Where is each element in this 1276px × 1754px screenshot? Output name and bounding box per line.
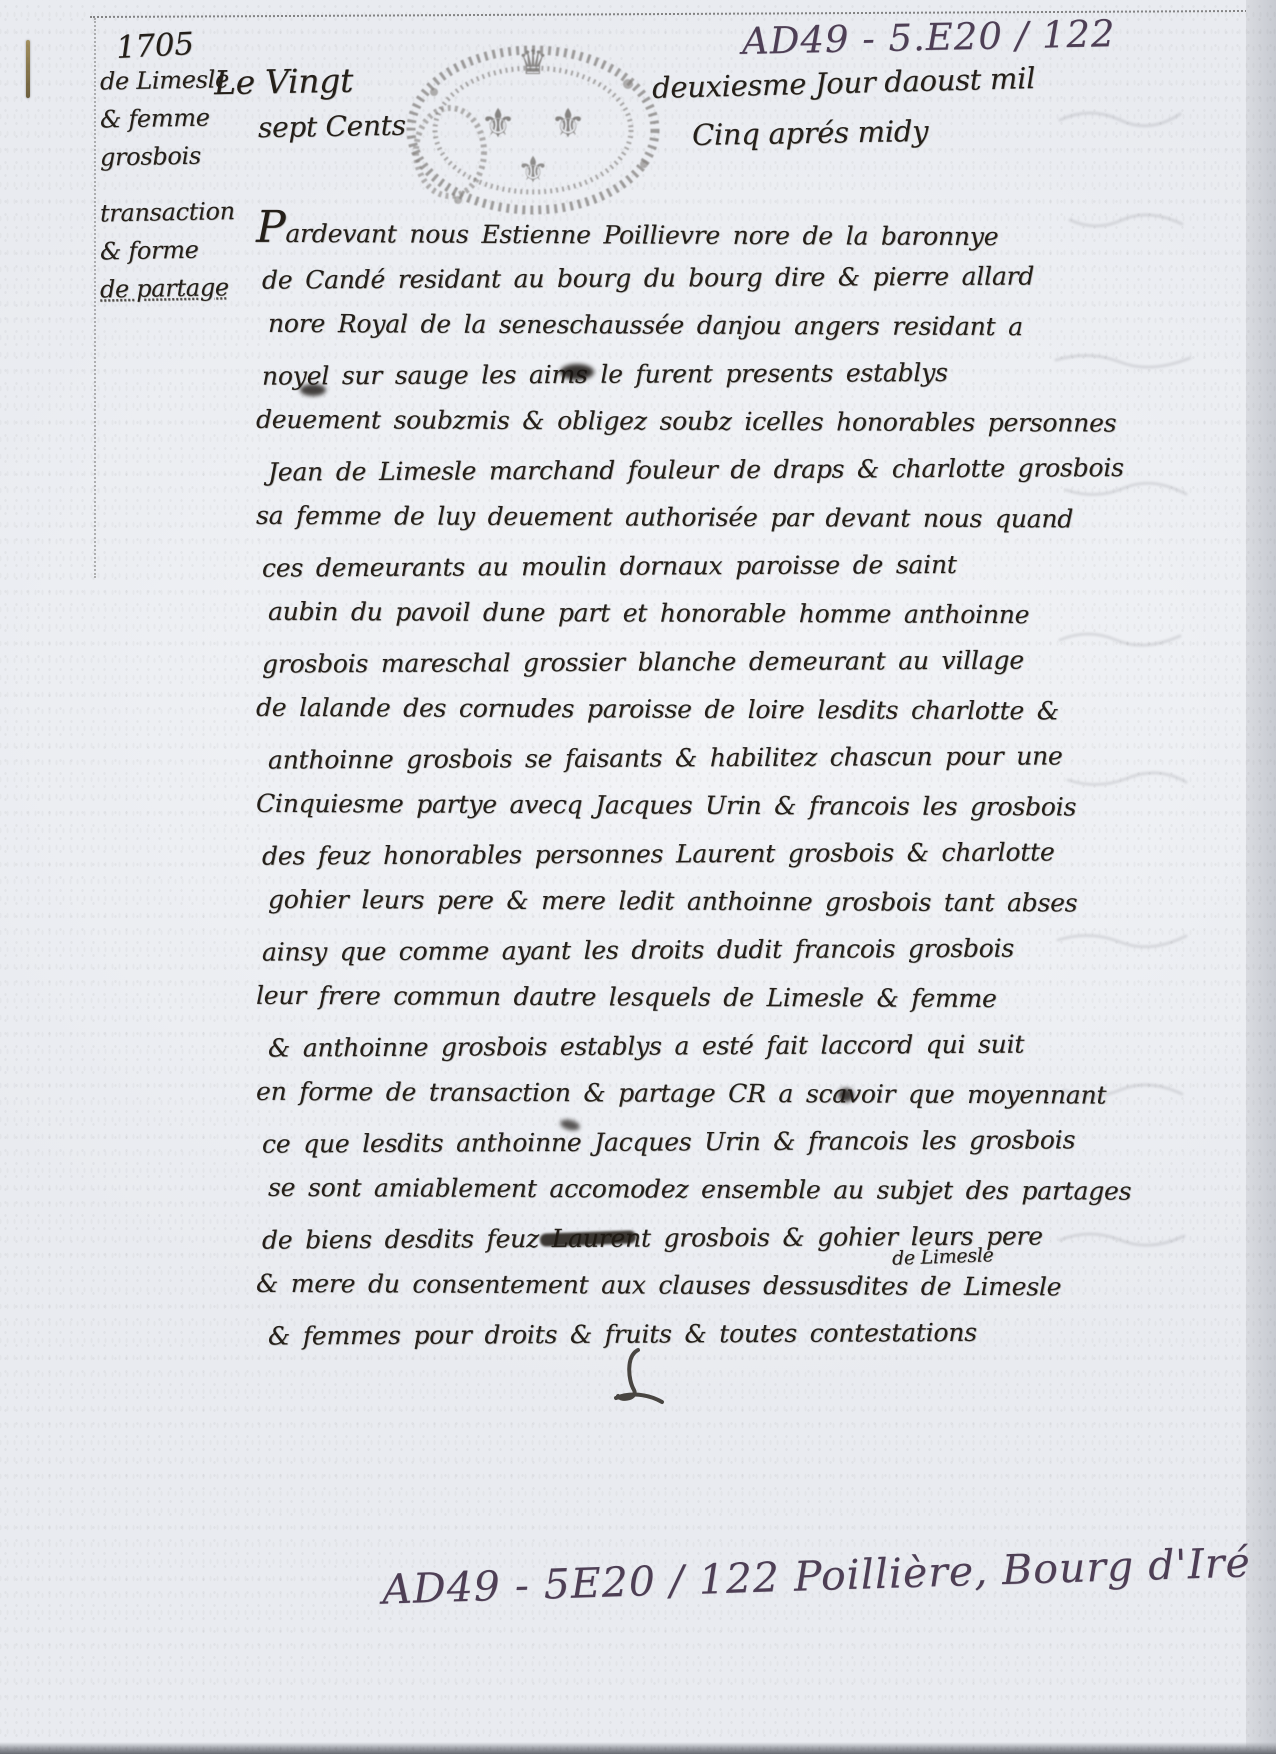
- margin-note: grosbois: [100, 141, 271, 182]
- notary-paraph-flourish: [608, 1346, 668, 1414]
- year-annotation: 1705: [115, 26, 194, 66]
- manuscript-line: ce que lesdits anthoinne Jacques Urin & …: [262, 1115, 1246, 1168]
- manuscript-line: grosbois mareschal grossier blanche deme…: [262, 635, 1246, 688]
- manuscript-line: de Candé residant au bourg du bourg dire…: [262, 251, 1246, 304]
- manuscript-body: Pardevant nous Estienne Poillievre nore …: [256, 206, 1246, 1358]
- royal-fiscal-stamp-icon: ♛ ⚜ ⚜ ⚜: [398, 32, 668, 218]
- ink-smudge: [560, 364, 594, 380]
- margin-note: transaction: [100, 197, 271, 238]
- manuscript-line: de biens desdits feuz Laurent grosbois &…: [262, 1211, 1246, 1264]
- svg-text:⚜: ⚜: [550, 101, 586, 147]
- ink-smudge: [838, 1088, 854, 1102]
- manuscript-line: ainsy que comme ayant les droits dudit f…: [262, 923, 1246, 976]
- margin-note: & femme: [100, 103, 271, 144]
- manuscript-line: leur frere commun dautre lesquels de Lim…: [256, 972, 1246, 1024]
- manuscript-line: Pardevant nous Estienne Poillievre nore …: [256, 204, 1246, 256]
- manuscript-line: de lalande des cornudes paroisse de loir…: [256, 684, 1246, 736]
- manuscript-line: gohier leurs pere & mere ledit anthoinne…: [268, 876, 1246, 928]
- manuscript-line: noyel sur sauge les aims le furent prese…: [262, 347, 1246, 400]
- manuscript-line: anthoinne grosbois se faisants & habilit…: [268, 731, 1246, 784]
- manuscript-line: en forme de transaction & partage CR a s…: [256, 1068, 1246, 1120]
- manuscript-line: aubin du pavoil dune part et honorable h…: [268, 588, 1246, 640]
- staple: [26, 40, 30, 98]
- manuscript-line: des feuz honorables personnes Laurent gr…: [262, 827, 1246, 880]
- manuscript-line: & anthoinne grosbois establys a esté fai…: [268, 1019, 1246, 1072]
- manuscript-line: & mere du consentement aux clauses dessu…: [256, 1260, 1246, 1312]
- heading-right-line2: Cinq aprés midy: [692, 114, 929, 152]
- manuscript-line: Jean de Limesle marchand fouleur de drap…: [268, 443, 1246, 496]
- manuscript-line: deuement soubzmis & obligez soubz icelle…: [256, 396, 1246, 448]
- margin-note: & forme: [100, 235, 271, 276]
- archive-reference-top: AD49 - 5.E20 / 122: [742, 12, 1116, 63]
- ink-smudge: [300, 384, 326, 396]
- svg-text:⚜: ⚜: [480, 101, 516, 147]
- heading-left-line2: sept Cents: [258, 109, 406, 145]
- scan-bottom-edge: [0, 1742, 1276, 1754]
- manuscript-line: nore Royal de la seneschaussée danjou an…: [268, 300, 1246, 352]
- margin-note: de partage: [100, 273, 271, 314]
- scanned-manuscript-page: AD49 - 5.E20 / 122 1705 de Limesle& femm…: [0, 0, 1276, 1754]
- manuscript-line: sa femme de luy deuement authorisée par …: [256, 492, 1246, 544]
- document-left-edge: [94, 18, 96, 578]
- heading-left-line1: Le Vingt: [214, 61, 354, 102]
- svg-text:♛: ♛: [518, 43, 548, 83]
- interline-insertion: de Limesle: [892, 1244, 994, 1270]
- manuscript-line: & femmes pour droits & fruits & toutes c…: [268, 1307, 1246, 1360]
- scan-right-edge: [1246, 0, 1276, 1754]
- manuscript-line: ces demeurants au moulin dornaux paroiss…: [262, 539, 1246, 592]
- manuscript-line: se sont amiablement accomodez ensemble a…: [268, 1164, 1246, 1216]
- margin-notes-column: de Limesle& femmegrosboistransaction& fo…: [100, 66, 270, 312]
- manuscript-line: Cinquiesme partye avecq Jacques Urin & f…: [256, 780, 1246, 832]
- svg-text:⚜: ⚜: [517, 150, 549, 191]
